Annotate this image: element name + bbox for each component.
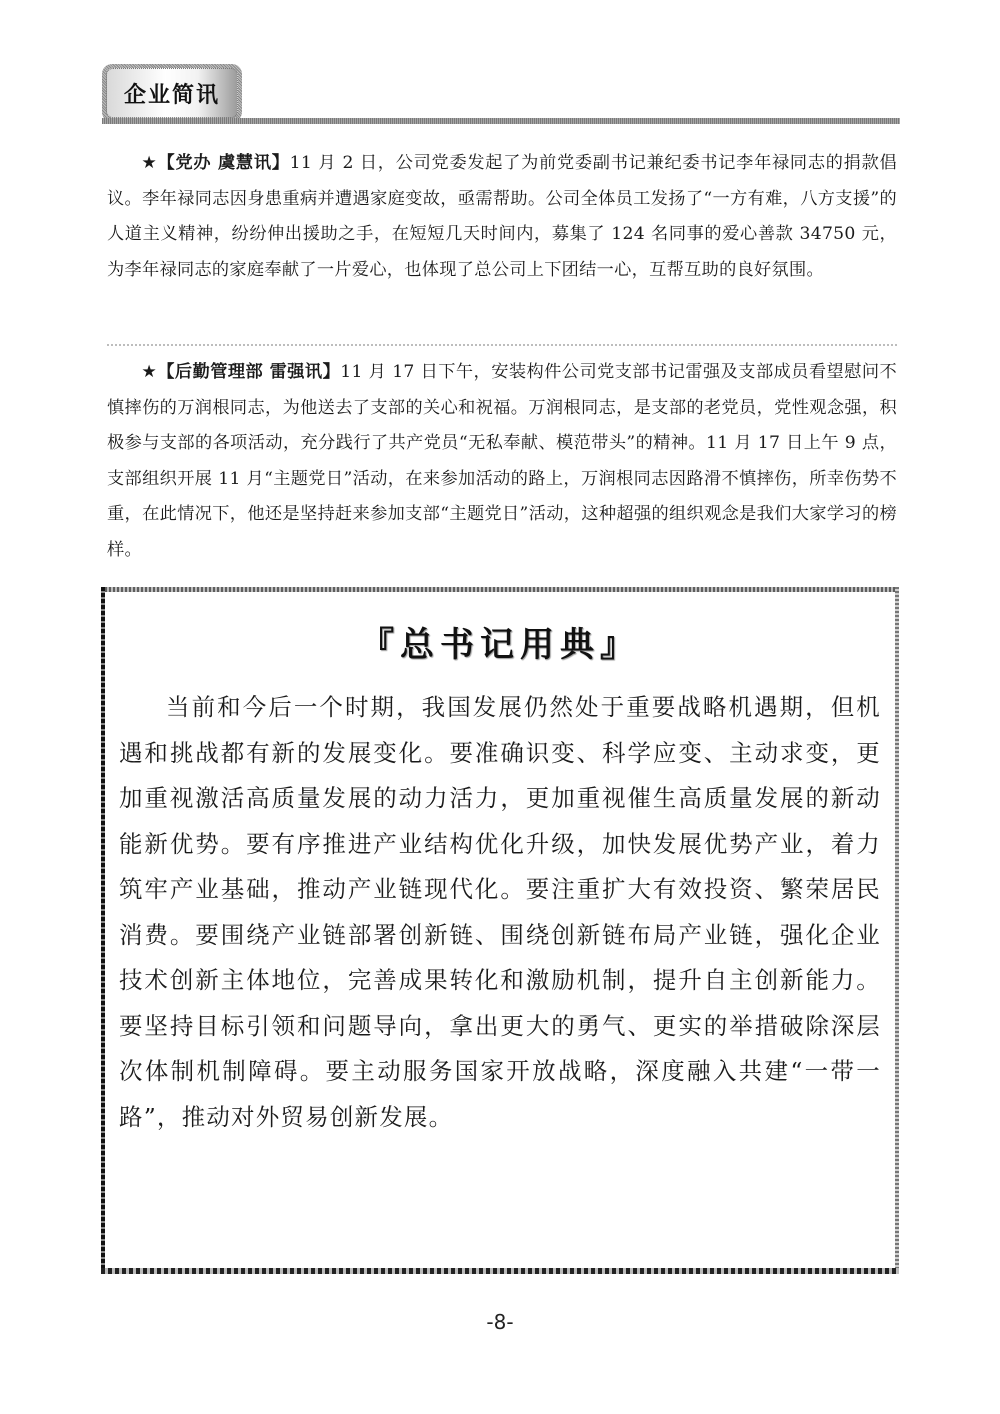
section-header-tab-inner: 企业简讯 (106, 68, 238, 118)
quote-box-border-left (101, 587, 105, 1274)
section-title: 企业简讯 (124, 78, 220, 109)
news-body: 11 月 17 日下午，安装构件公司党支部书记雷强及支部成员看望慰问不慎摔伤的万… (107, 362, 897, 560)
page-number: -8- (0, 1310, 1000, 1334)
quote-box-border-right (895, 587, 899, 1274)
quote-body: 当前和今后一个时期，我国发展仍然处于重要战略机遇期，但机遇和挑战都有新的发展变化… (119, 685, 881, 1140)
news-paragraph: ★【党办 虞慧讯】11 月 2 日，公司党委发起了为前党委副书记兼纪委书记李年禄… (107, 146, 897, 288)
news-divider (107, 344, 897, 346)
quote-box-border-bottom (101, 1268, 899, 1274)
news-lead: ★【党办 虞慧讯】 (141, 153, 289, 173)
section-header-rule (102, 118, 900, 124)
news-paragraph: ★【后勤管理部 雷强讯】11 月 17 日下午，安装构件公司党支部书记雷强及支部… (107, 355, 897, 568)
quote-title: 『总书记用典』 (101, 617, 899, 666)
news-item: ★【党办 虞慧讯】11 月 2 日，公司党委发起了为前党委副书记兼纪委书记李年禄… (107, 146, 897, 288)
section-header-tab: 企业简讯 (102, 64, 242, 122)
quote-box: 『总书记用典』 当前和今后一个时期，我国发展仍然处于重要战略机遇期，但机遇和挑战… (101, 582, 899, 1274)
quote-paragraph: 当前和今后一个时期，我国发展仍然处于重要战略机遇期，但机遇和挑战都有新的发展变化… (119, 685, 881, 1140)
quote-box-border-top (101, 587, 899, 592)
news-item: ★【后勤管理部 雷强讯】11 月 17 日下午，安装构件公司党支部书记雷强及支部… (107, 355, 897, 568)
news-lead: ★【后勤管理部 雷强讯】 (141, 362, 340, 382)
